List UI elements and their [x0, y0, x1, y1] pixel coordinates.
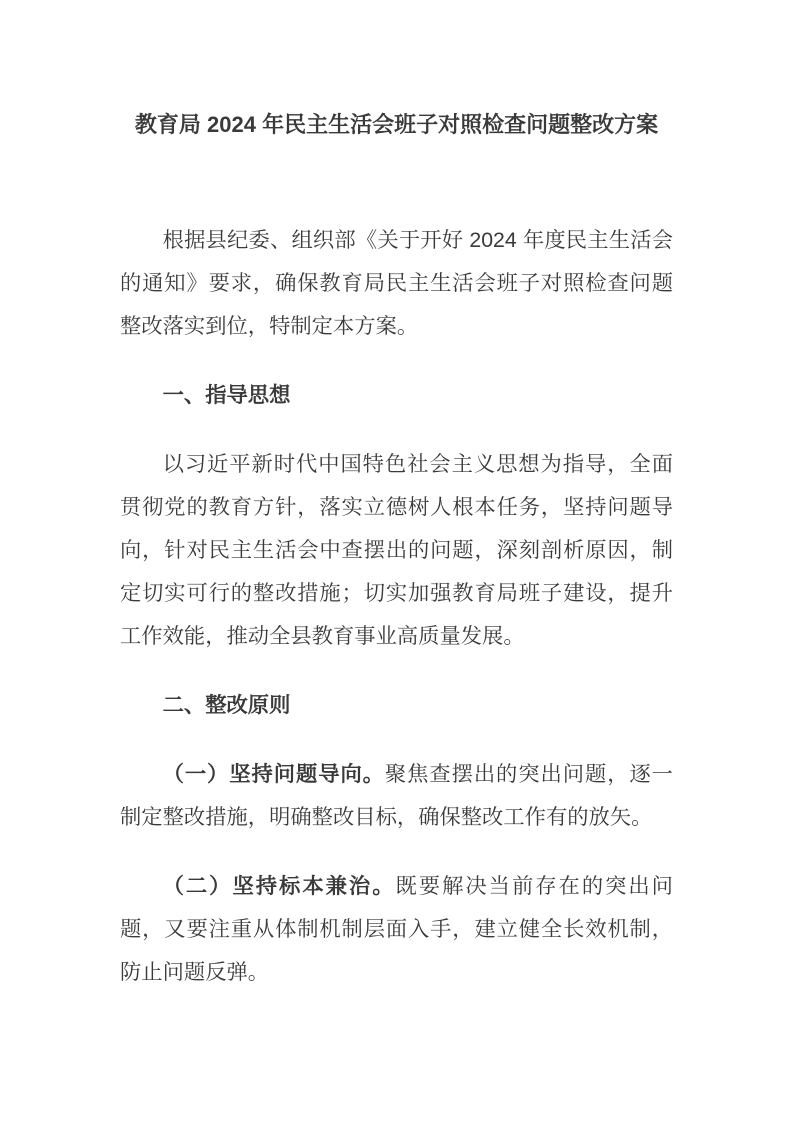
section-1-paragraph-text: 以习近平新时代中国特色社会主义思想为指导，全面贯彻党的教育方针，落实立德树人根本…	[120, 452, 673, 648]
section-1-paragraph: 以习近平新时代中国特色社会主义思想为指导，全面贯彻党的教育方针，落实立德树人根本…	[120, 443, 673, 658]
principle-1-paragraph: （一）坚持问题导向。聚焦查摆出的突出问题，逐一制定整改措施，明确整改目标，确保整…	[120, 753, 673, 839]
intro-paragraph-text: 根据县纪委、组织部《关于开好 2024 年度民主生活会的通知》要求，确保教育局民…	[120, 228, 673, 338]
document-title: 教育局 2024 年民主生活会班子对照检查问题整改方案	[120, 103, 673, 146]
principle-1-lead: （一）坚持问题导向。	[163, 762, 385, 786]
section-heading-2: 二、整改原则	[120, 684, 673, 727]
intro-paragraph: 根据县纪委、组织部《关于开好 2024 年度民主生活会的通知》要求，确保教育局民…	[120, 219, 673, 348]
document-page: 教育局 2024 年民主生活会班子对照检查问题整改方案 根据县纪委、组织部《关于…	[0, 0, 793, 1122]
principle-2-lead: （二）坚持标本兼治。	[163, 874, 396, 898]
principle-2-paragraph: （二）坚持标本兼治。既要解决当前存在的突出问题，又要注重从体制机制层面入手，建立…	[120, 865, 673, 994]
section-heading-1: 一、指导思想	[120, 374, 673, 417]
